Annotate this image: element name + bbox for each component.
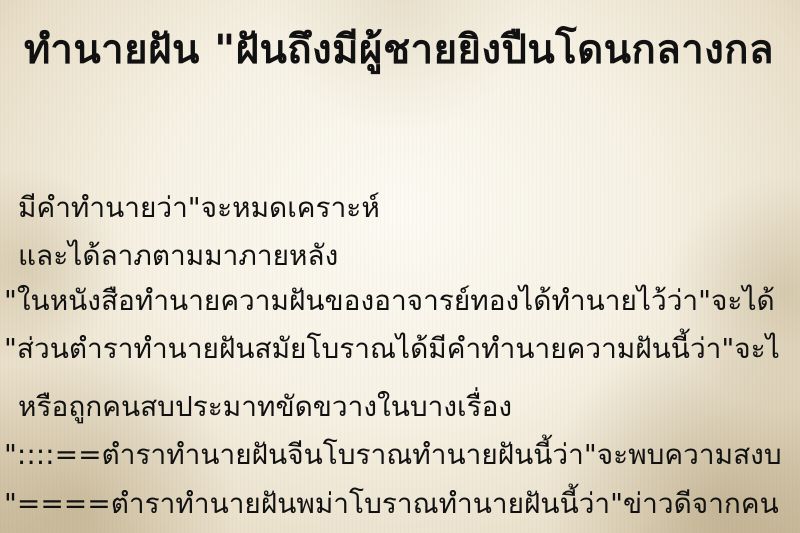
page-title: ทำนายฝัน "ฝันถึงมีผู้ชายยิงปืนโดนกลางกล <box>24 22 774 78</box>
prediction-line: "====ตำราทำนายฝันพม่าโบราณทำนายฝันนี้ว่า… <box>4 484 779 524</box>
prediction-line: "::::==ตำราทำนายฝันจีนโบราณทำนายฝันนี้ว่… <box>4 435 782 475</box>
prediction-line: "ในหนังสือทำนายความฝันของอาจารย์ทองได้ทำ… <box>4 281 775 321</box>
prediction-line: และได้ลาภตามมาภายหลัง <box>18 236 338 276</box>
prediction-line: "ส่วนตำราทำนายฝันสมัยโบราณได้มีคำทำนายคว… <box>4 329 780 369</box>
prediction-line: มีคำทำนายว่า"จะหมดเคราะห์ <box>18 188 380 228</box>
prediction-line: หรือถูกคนสบประมาทขัดขวางในบางเรื่อง <box>18 387 512 427</box>
